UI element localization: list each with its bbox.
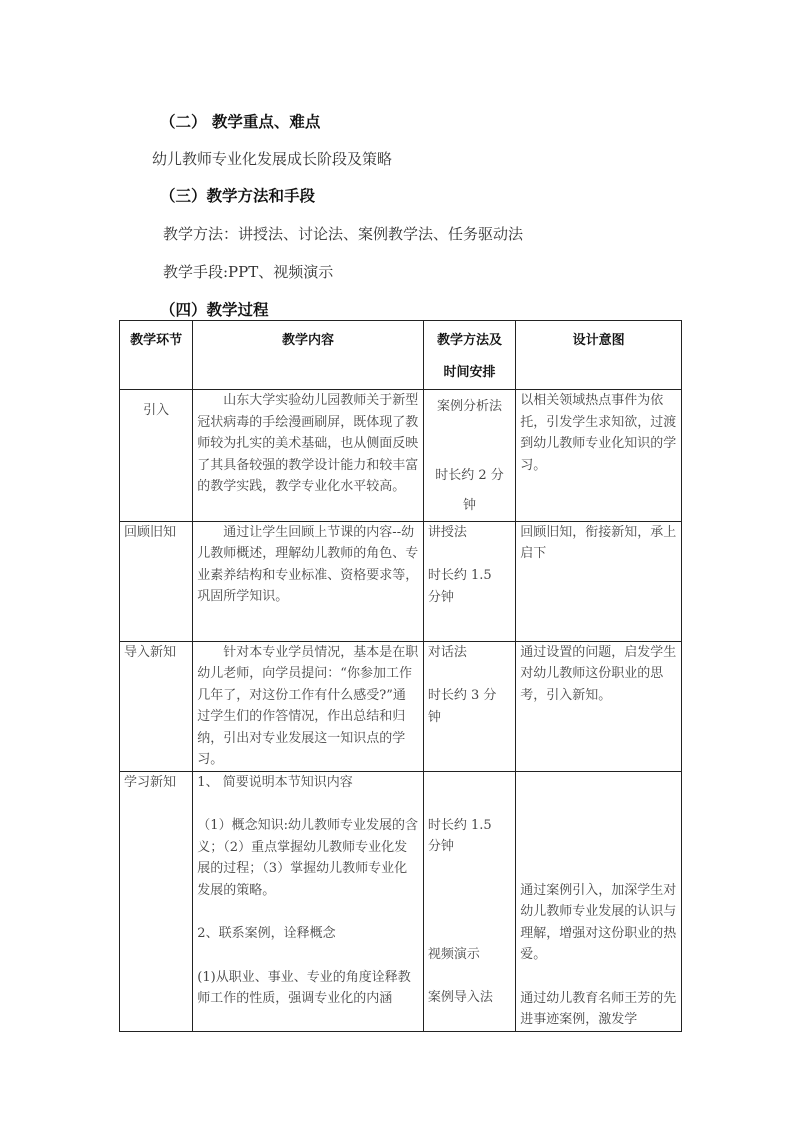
method-label: 讲授法 [428,522,511,544]
table-row: 导入新知 针对本专业学员情况，基本是在职幼儿老师，向学员提问：“你参加工作几年了… [120,641,682,771]
cell-method-time: 讲授法 时长约 1.5 分钟 [423,521,515,641]
header-content: 教学内容 [193,321,424,390]
table-header-row: 教学环节 教学内容 教学方法及 时间安排 设计意图 [120,321,682,390]
content-item: (1)从职业、事业、专业的角度诠释教师工作的性质，强调专业化的内涵 [197,967,419,1010]
cell-stage: 引入 [120,390,193,522]
cell-stage: 学习新知 [120,771,193,1031]
intent-item: 通过幼儿教育名师王芳的先进事迹案例，激发学 [520,988,677,1031]
method-label: 视频演示 [428,944,511,966]
cell-intent: 回顾旧知，衔接新知，承上启下 [516,521,682,641]
intent-item: 通过案例引入，加深学生对幼儿教师专业发展的认识与理解，增强对这份职业的热爱。 [520,880,677,966]
cell-content: 针对本专业学员情况，基本是在职幼儿老师，向学员提问：“你参加工作几年了，对这份工… [193,641,424,771]
header-design-intent: 设计意图 [516,321,682,390]
lesson-process-table: 教学环节 教学内容 教学方法及 时间安排 设计意图 引入 山东大学实验幼儿园教师… [119,320,682,1032]
cell-intent: 以相关领域热点事件为依托，引发学生求知欲，过渡到幼儿教师专业化知识的学习。 [516,390,682,522]
section-heading-key-points: （二） 教学重点、难点 [160,110,320,132]
cell-method-time: 时长约 1.5 分钟 视频演示 案例导入法 [423,771,515,1031]
header-method-time: 教学方法及 时间安排 [423,321,515,390]
cell-stage: 导入新知 [120,641,193,771]
cell-method-time: 对话法 时长约 3 分 钟 [423,641,515,771]
table-row: 学习新知 1、 简要说明本节知识内容 （1）概念知识:幼儿教师专业发展的含义；（… [120,771,682,1031]
method-label: 案例分析法 [428,396,511,418]
method-label: 案例导入法 [428,987,511,1009]
cell-stage: 回顾旧知 [120,521,193,641]
table-row: 引入 山东大学实验幼儿园教师关于新型冠状病毒的手绘漫画刷屏，既体现了教师较为扎实… [120,390,682,522]
time-label: 时长约 1.5 分钟 [428,565,511,608]
time-label: 时长约 3 分 钟 [428,685,511,728]
section-heading-methods: （三）教学方法和手段 [160,184,315,206]
content-item: 2、联系案例，诠释概念 [197,923,419,945]
key-points-text: 幼儿教师专业化发展成长阶段及策略 [152,148,392,169]
content-item: 1、 简要说明本节知识内容 [197,772,419,794]
time-label: 时长约 1.5 分钟 [428,815,511,858]
cell-content: 山东大学实验幼儿园教师关于新型冠状病毒的手绘漫画刷屏，既体现了教师较为扎实的美术… [193,390,424,522]
method-label: 对话法 [428,642,511,664]
content-item: （1）概念知识:幼儿教师专业发展的含义；（2）重点掌握幼儿教师专业化发展的过程；… [197,815,419,901]
teaching-means-text: 教学手段:PPT、视频演示 [163,261,333,282]
time-label: 时长约 2 分 钟 [428,461,511,521]
table-row: 回顾旧知 通过让学生回顾上节课的内容--幼儿教师概述，理解幼儿教师的角色、专业素… [120,521,682,641]
cell-intent: 通过案例引入，加深学生对幼儿教师专业发展的认识与理解，增强对这份职业的热爱。 通… [516,771,682,1031]
cell-content: 1、 简要说明本节知识内容 （1）概念知识:幼儿教师专业发展的含义；（2）重点掌… [193,771,424,1031]
cell-content: 通过让学生回顾上节课的内容--幼儿教师概述，理解幼儿教师的角色、专业素养结构和专… [193,521,424,641]
cell-method-time: 案例分析法 时长约 2 分 钟 [423,390,515,522]
section-heading-process: （四）教学过程 [160,298,269,320]
cell-intent: 通过设置的问题，启发学生对幼儿教师这份职业的思考，引入新知。 [516,641,682,771]
teaching-methods-text: 教学方法：讲授法、讨论法、案例教学法、任务驱动法 [163,223,523,244]
header-stage: 教学环节 [120,321,193,390]
